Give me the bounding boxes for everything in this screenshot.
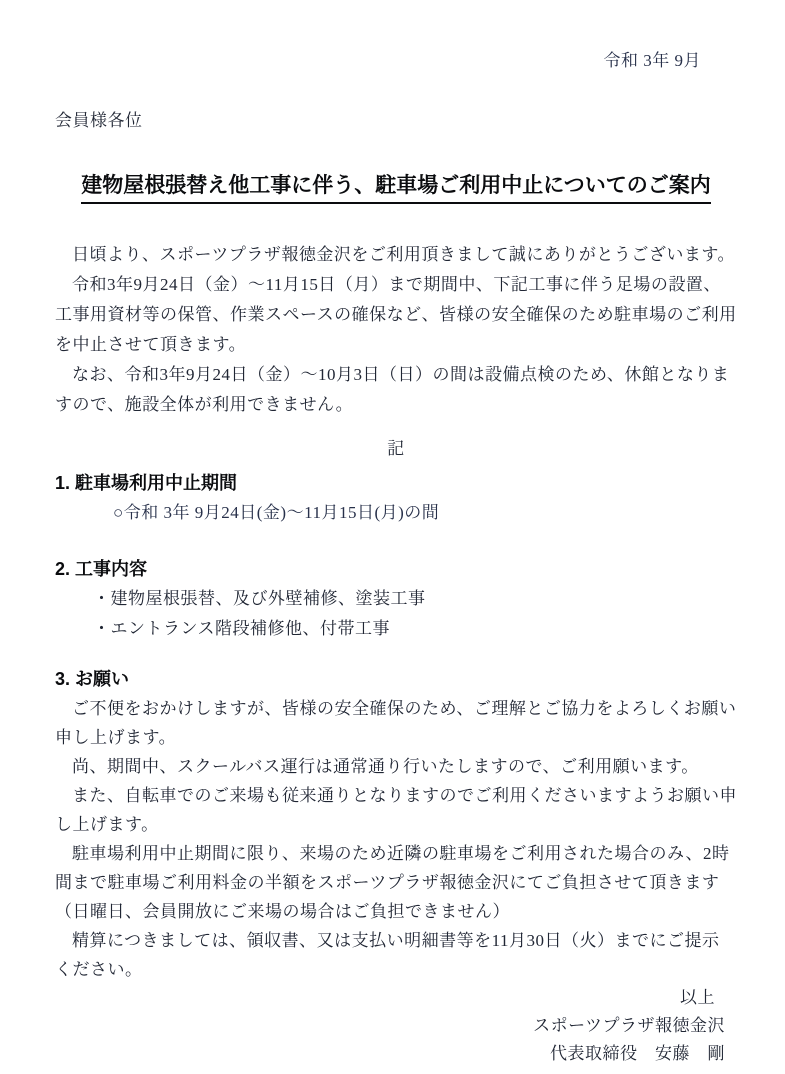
request-paragraph: また、自転車でのご来場も従来通りとなりますのでご利用くださいますようお願い申し上… bbox=[55, 781, 737, 839]
document-title: 建物屋根張替え他工事に伴う、駐車場ご利用中止についてのご案内 bbox=[81, 173, 711, 204]
record-marker: 記 bbox=[55, 434, 737, 464]
section-requests: 3. お願い ご不便をおかけしますが、皆様の安全確保のため、ご理解とご協力をよろ… bbox=[55, 664, 737, 984]
signature-organization: スポーツプラザ報徳金沢 bbox=[55, 1012, 737, 1040]
section-heading: 1. 駐車場利用中止期間 bbox=[55, 468, 737, 498]
signature-representative: 代表取締役 安藤 剛 bbox=[55, 1040, 737, 1068]
intro-section: 日頃より、スポーツプラザ報徳金沢をご利用頂きまして誠にありがとうございます。 令… bbox=[55, 240, 737, 420]
document-page: 令和 3年 9月 会員様各位 建物屋根張替え他工事に伴う、駐車場ご利用中止につい… bbox=[0, 0, 785, 1074]
intro-paragraph: 日頃より、スポーツプラザ報徳金沢をご利用頂きまして誠にありがとうございます。 bbox=[55, 240, 737, 270]
section-heading: 2. 工事内容 bbox=[55, 554, 737, 584]
suspension-period-item: ○令和 3年 9月24日(金)～11月15日(月)の間 bbox=[55, 498, 737, 528]
recipient-line: 会員様各位 bbox=[55, 106, 737, 136]
request-paragraphs: ご不便をおかけしますが、皆様の安全確保のため、ご理解とご協力をよろしくお願い申し… bbox=[55, 694, 737, 984]
construction-item: ・エントランス階段補修他、付帯工事 bbox=[55, 614, 737, 644]
intro-paragraph: なお、令和3年9月24日（金）～10月3日（日）の間は設備点検のため、休館となり… bbox=[55, 360, 737, 420]
title-row: 建物屋根張替え他工事に伴う、駐車場ご利用中止についてのご案内 bbox=[55, 172, 737, 204]
section-heading: 3. お願い bbox=[55, 664, 737, 694]
section-parking-suspension-period: 1. 駐車場利用中止期間 ○令和 3年 9月24日(金)～11月15日(月)の間 bbox=[55, 468, 737, 528]
intro-paragraph: 令和3年9月24日（金）～11月15日（月）まで期間中、下記工事に伴う足場の設置… bbox=[55, 270, 737, 360]
section-construction-details: 2. 工事内容 ・建物屋根張替、及び外壁補修、塗装工事 ・エントランス階段補修他… bbox=[55, 554, 737, 644]
date-line: 令和 3年 9月 bbox=[55, 46, 737, 76]
closing-marker: 以上 bbox=[55, 984, 737, 1012]
request-paragraph: 精算につきましては、領収書、又は支払い明細書等を11月30日（火）までにご提示く… bbox=[55, 926, 737, 984]
request-paragraph: 駐車場利用中止期間に限り、来場のため近隣の駐車場をご利用された場合のみ、2時間ま… bbox=[55, 839, 737, 926]
construction-item: ・建物屋根張替、及び外壁補修、塗装工事 bbox=[55, 584, 737, 614]
request-paragraph: ご不便をおかけしますが、皆様の安全確保のため、ご理解とご協力をよろしくお願い申し… bbox=[55, 694, 737, 752]
request-paragraph: 尚、期間中、スクールバス運行は通常通り行いたしますので、ご利用願います。 bbox=[55, 752, 737, 781]
